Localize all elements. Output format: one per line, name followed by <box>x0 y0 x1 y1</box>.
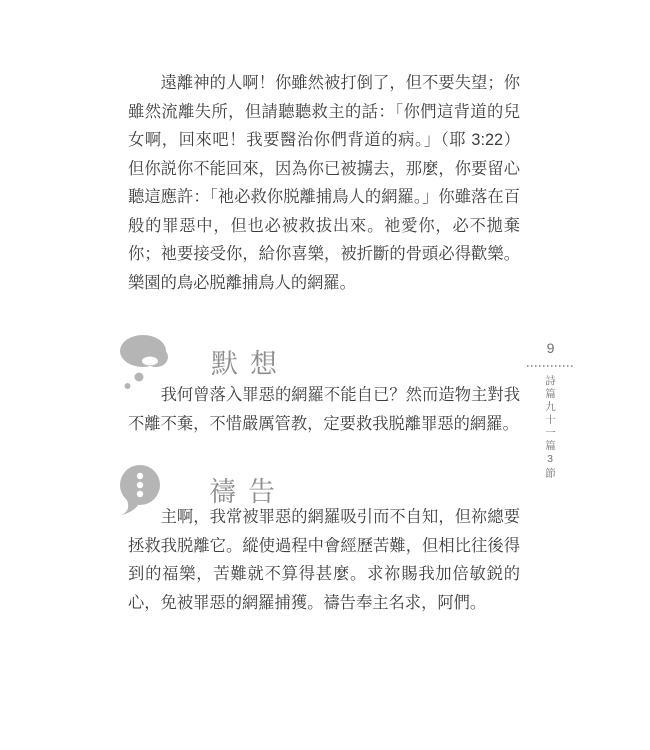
main-paragraph: 遠離神的人啊！你雖然被打倒了，但不要失望；你雖然流離失所，但請聽聽救主的話：「你… <box>128 69 520 297</box>
page-number: 9 <box>527 340 574 356</box>
book-page: 遠離神的人啊！你雖然被打倒了，但不要失望；你雖然流離失所，但請聽聽救主的話：「你… <box>0 0 650 750</box>
meditation-label: 默想 <box>211 342 289 381</box>
prayer-paragraph: 主啊，我常被罪惡的網羅吸引而不自知，但祢總要拯救我脱離它。縱使過程中會經歷苦難，… <box>128 503 520 617</box>
dotted-divider <box>527 365 574 367</box>
scripture-reference: 詩篇九十一篇3節 <box>543 375 558 485</box>
meditation-paragraph: 我何曾落入罪惡的網羅不能自已？然而造物主對我不離不棄，不惜嚴厲管教，定要救我脱離… <box>128 381 520 438</box>
